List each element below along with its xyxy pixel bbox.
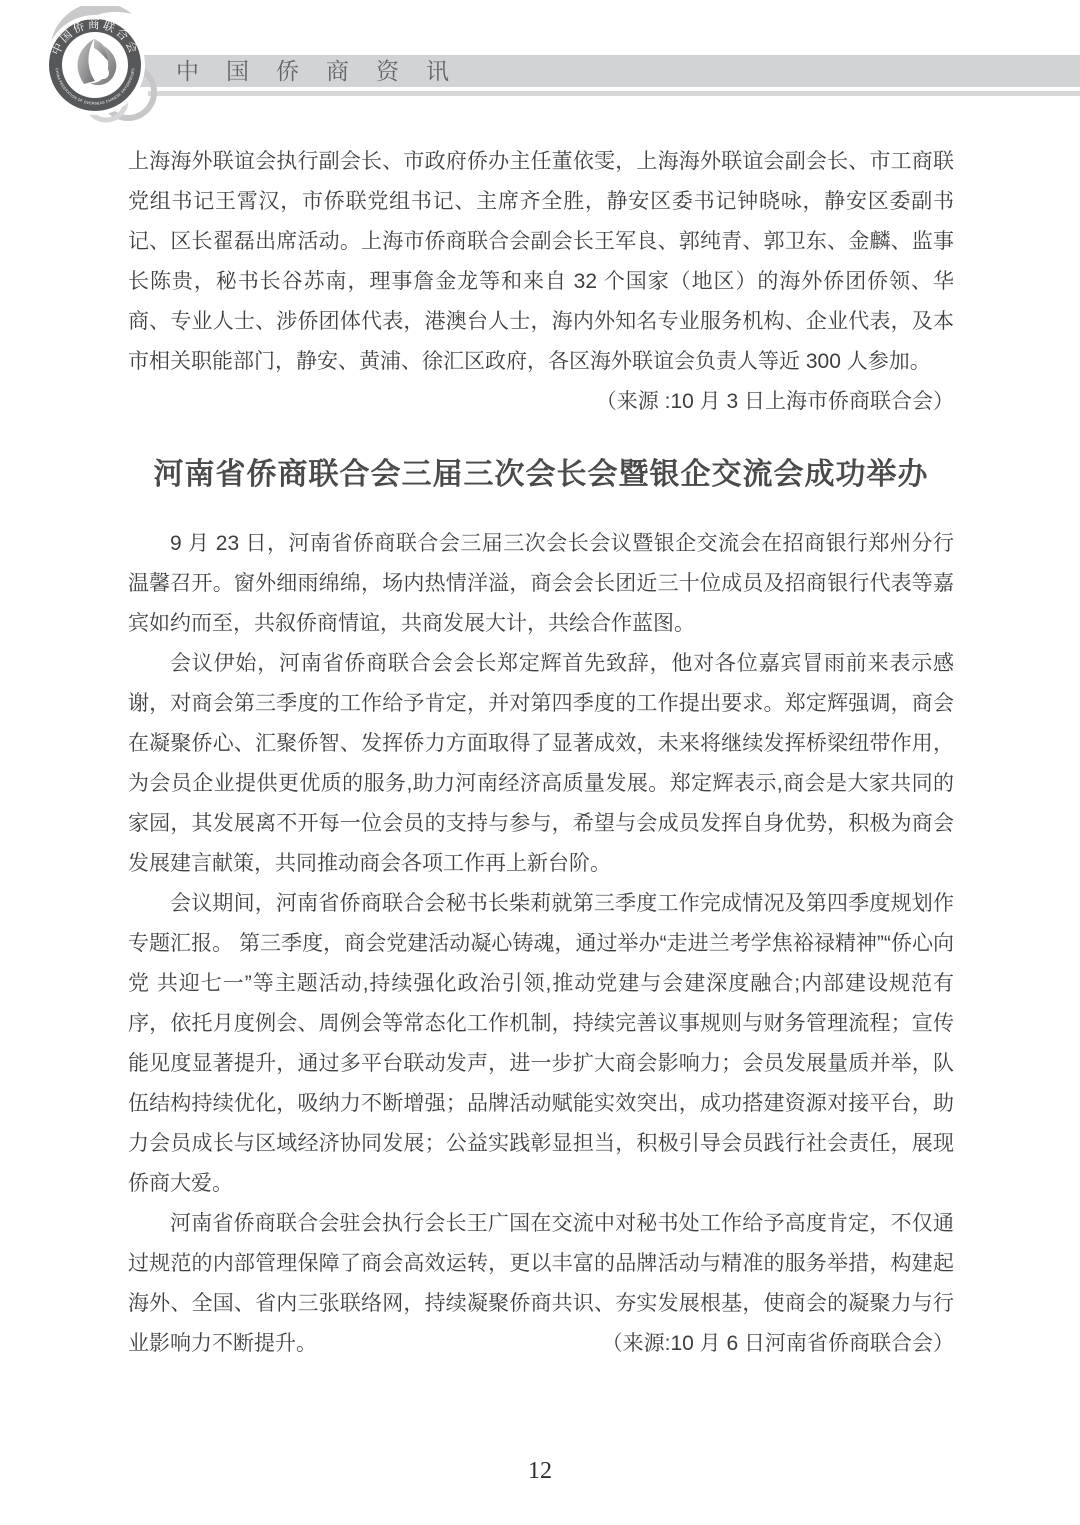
page-number: 12 — [0, 1458, 1080, 1485]
header-underline — [148, 91, 1080, 96]
newsletter-masthead: 中国侨商资讯 — [176, 55, 476, 87]
article2-paragraph-4: 河南省侨商联合会驻会执行会长王广国在交流中对秘书处工作给予高度肯定，不仅通过规范… — [128, 1204, 954, 1364]
federation-logo-icon: 中国侨商联合会 CHINA FEDERATION OF OVERSEAS CHI… — [40, 6, 158, 130]
newsletter-page: 中国侨商资讯 中国侨商联合会 CHINA FEDERATION OF OVERS… — [0, 0, 1080, 1525]
article2-paragraph-3: 会议期间，河南省侨商联合会秘书长柴莉就第三季度工作完成情况及第四季度规划作专题汇… — [128, 884, 954, 1204]
article2-paragraph-1: 9 月 23 日，河南省侨商联合会三届三次会长会议暨银企交流会在招商银行郑州分行… — [128, 524, 954, 644]
article1-source: （来源 :10 月 3 日上海市侨商联合会） — [128, 382, 954, 422]
article2-title: 河南省侨商联合会三届三次会长会暨银企交流会成功举办 — [128, 452, 954, 498]
article1-body: 上海海外联谊会执行副会长、市政府侨办主任董依雯，上海海外联谊会副会长、市工商联党… — [128, 142, 954, 382]
page-content: 上海海外联谊会执行副会长、市政府侨办主任董依雯，上海海外联谊会副会长、市工商联党… — [128, 142, 954, 1364]
article2-paragraph-2: 会议伊始，河南省侨商联合会会长郑定辉首先致辞，他对各位嘉宾冒雨前来表示感谢，对商… — [128, 644, 954, 884]
article2-source: （来源:10 月 6 日河南省侨商联合会） — [602, 1324, 954, 1364]
logo-badge: 中国侨商联合会 CHINA FEDERATION OF OVERSEAS CHI… — [45, 15, 145, 115]
